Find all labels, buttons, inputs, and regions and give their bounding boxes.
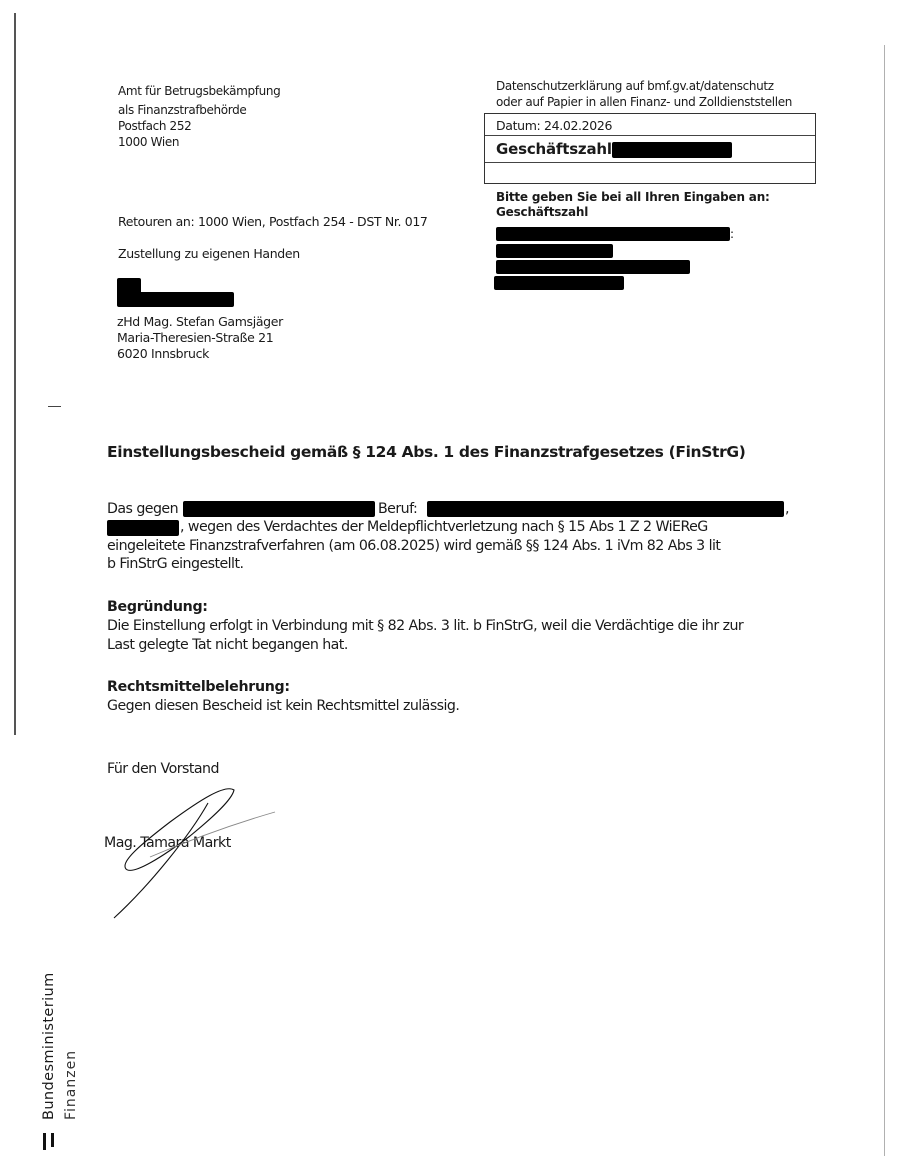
signature — [0, 0, 906, 1156]
bmf-logo-icon — [51, 1133, 54, 1147]
brand-finance: Finanzen — [63, 1050, 79, 1120]
bmf-logo-icon — [43, 1133, 46, 1150]
brand-ministry: Bundesministerium — [41, 972, 57, 1120]
